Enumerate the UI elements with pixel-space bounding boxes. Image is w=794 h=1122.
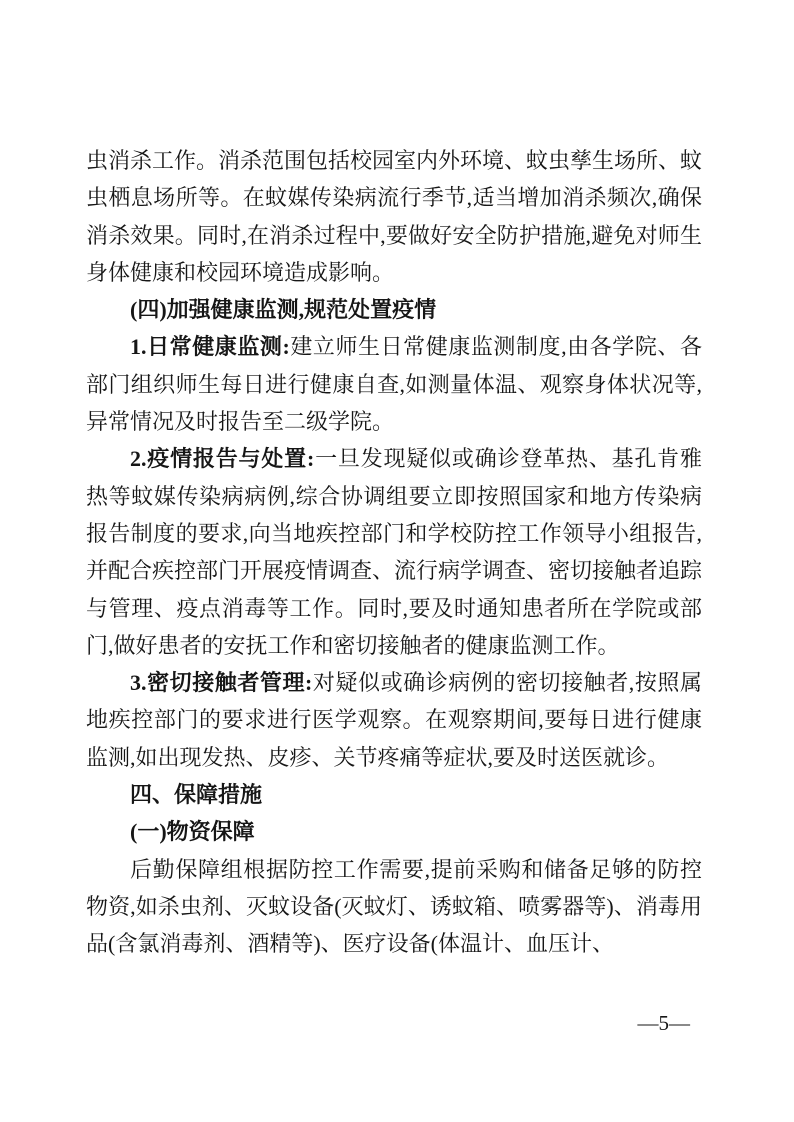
paragraph-text-epidemic-report-handling: 一旦发现疑似或确诊登革热、基孔肯雅热等蚊媒传染病病例,综合协调组要立即按照国家和… bbox=[86, 446, 702, 657]
document-body: 虫消杀工作。消杀范围包括校园室内外环境、蚊虫孳生场所、蚊虫栖息场所等。在蚊媒传染… bbox=[86, 142, 702, 963]
heading-section-4-health-monitoring: (四)加强健康监测,规范处置疫情 bbox=[86, 291, 702, 328]
paragraph-close-contact-management: 3.密切接触者管理:对疑似或确诊病例的密切接触者,按照属地疾控部门的要求进行医学… bbox=[86, 664, 702, 776]
paragraph-mosquito-elimination-continued: 虫消杀工作。消杀范围包括校园室内外环境、蚊虫孳生场所、蚊虫栖息场所等。在蚊媒传染… bbox=[86, 142, 702, 291]
document-page: 虫消杀工作。消杀范围包括校园室内外环境、蚊虫孳生场所、蚊虫栖息场所等。在蚊媒传染… bbox=[0, 0, 794, 1122]
paragraph-lead-close-contact-management: 3.密切接触者管理: bbox=[130, 670, 312, 695]
paragraph-lead-epidemic-report-handling: 2.疫情报告与处置: bbox=[130, 446, 314, 471]
page-number: —5— bbox=[86, 1009, 690, 1037]
heading-chapter-4-safeguard-measures: 四、保障措施 bbox=[86, 776, 702, 813]
paragraph-daily-health-monitoring: 1.日常健康监测:建立师生日常健康监测制度,由各学院、各部门组织师生每日进行健康… bbox=[86, 328, 702, 440]
paragraph-material-supplies: 后勤保障组根据防控工作需要,提前采购和储备足够的防控物资,如杀虫剂、灭蚊设备(灭… bbox=[86, 851, 702, 963]
paragraph-lead-daily-health-monitoring: 1.日常健康监测: bbox=[130, 334, 290, 359]
heading-subsection-1-material-support: (一)物资保障 bbox=[86, 813, 702, 850]
paragraph-epidemic-report-handling: 2.疫情报告与处置:一旦发现疑似或确诊登革热、基孔肯雅热等蚊媒传染病病例,综合协… bbox=[86, 440, 702, 664]
